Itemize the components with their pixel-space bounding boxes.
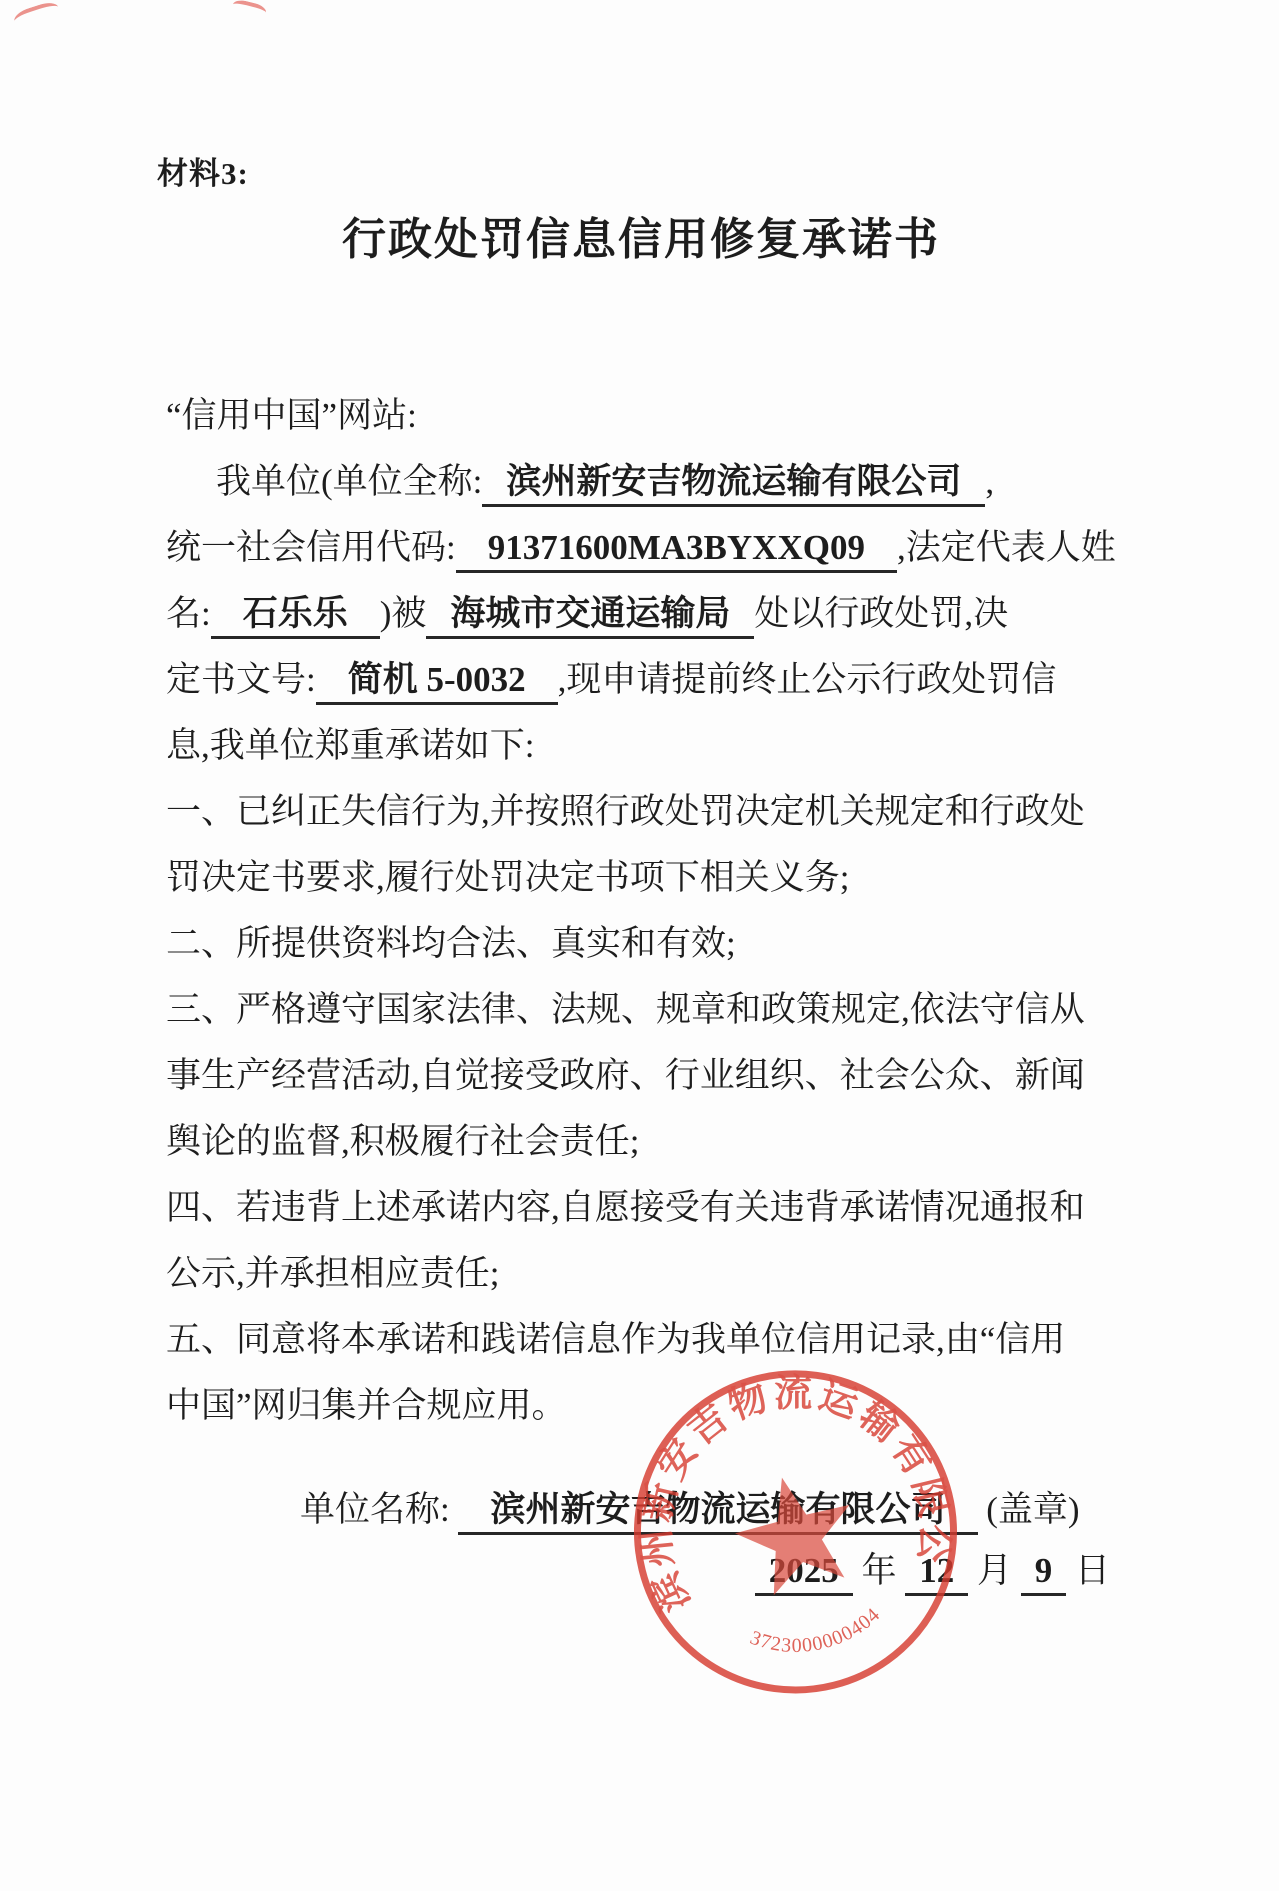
company-name-field: 滨州新安吉物流运输有限公司: [482, 460, 985, 507]
legal-rep-field: 石乐乐: [211, 592, 380, 639]
material-label: 材料3:: [157, 148, 249, 193]
line-decision-no: 定书文号:简机 5-0032,现申请提前终止公示行政处罚信: [166, 647, 1118, 713]
line-company: 我单位(单位全称:滨州新安吉物流运输有限公司,: [166, 449, 1118, 515]
page-title: 行政处罚信息信用修复承诺书: [166, 203, 1116, 267]
date-day-field: 9: [1021, 1549, 1067, 1596]
salutation: “信用中国”网站:: [166, 383, 1118, 449]
credit-code-field: 91371600MA3BYXXQ09: [456, 526, 897, 573]
company-name-label: 单位名称:: [300, 1490, 450, 1529]
seal-note: (盖章): [986, 1490, 1079, 1529]
item-3-line-2: 事生产经营活动,自觉接受政府、行业组织、社会公众、新闻: [166, 1043, 1118, 1109]
seal-code-text: 3723000000404: [743, 1596, 889, 1672]
signature-company-row: 单位名称: 滨州新安吉物流运输有限公司 (盖章): [300, 1482, 1080, 1535]
signature-company-field: 滨州新安吉物流运输有限公司: [458, 1488, 977, 1535]
line-legal-rep: 名:石乐乐)被海城市交通运输局处以行政处罚,决: [166, 581, 1118, 647]
date-month-field: 12: [905, 1549, 968, 1596]
scan-artifact: [231, 0, 268, 22]
item-4-line-1: 四、若违背上述承诺内容,自愿接受有关违背承诺情况通报和: [166, 1175, 1118, 1241]
item-5-line-2: 中国”网归集并合规应用。: [166, 1373, 1118, 1439]
item-3-line-3: 舆论的监督,积极履行社会责任;: [166, 1109, 1118, 1175]
item-4-line-2: 公示,并承担相应责任;: [166, 1241, 1118, 1307]
item-2: 二、所提供资料均合法、真实和有效;: [166, 911, 1118, 977]
date-year-unit: 年: [861, 1551, 896, 1590]
document-body: “信用中国”网站: 我单位(单位全称:滨州新安吉物流运输有限公司, 统一社会信用…: [166, 383, 1118, 1439]
item-1-line-2: 罚决定书要求,履行处罚决定书项下相关义务;: [166, 845, 1118, 911]
item-3-line-1: 三、严格遵守国家法律、法规、规章和政策规定,依法守信从: [166, 977, 1118, 1043]
decision-number-field: 简机 5-0032: [316, 658, 558, 705]
item-5-line-1: 五、同意将本承诺和践诺信息作为我单位信用记录,由“信用: [166, 1307, 1118, 1373]
authority-field: 海城市交通运输局: [426, 592, 754, 639]
item-1-line-1: 一、已纠正失信行为,并按照行政处罚决定机关规定和行政处: [166, 779, 1118, 845]
date-month-unit: 月: [977, 1551, 1012, 1590]
document-page: 材料3: 行政处罚信息信用修复承诺书 “信用中国”网站: 我单位(单位全称:滨州…: [0, 0, 1279, 1891]
signature-date-row: 2025 年 12 月 9 日: [755, 1543, 1110, 1596]
date-year-field: 2025: [755, 1549, 853, 1596]
scan-artifact: [12, 0, 62, 33]
line-pledge-intro: 息,我单位郑重承诺如下:: [166, 713, 1118, 779]
line-credit-code: 统一社会信用代码:91371600MA3BYXXQ09,法定代表人姓: [166, 515, 1118, 581]
svg-text:3723000000404: 3723000000404: [743, 1596, 889, 1672]
date-day-unit: 日: [1075, 1551, 1110, 1590]
